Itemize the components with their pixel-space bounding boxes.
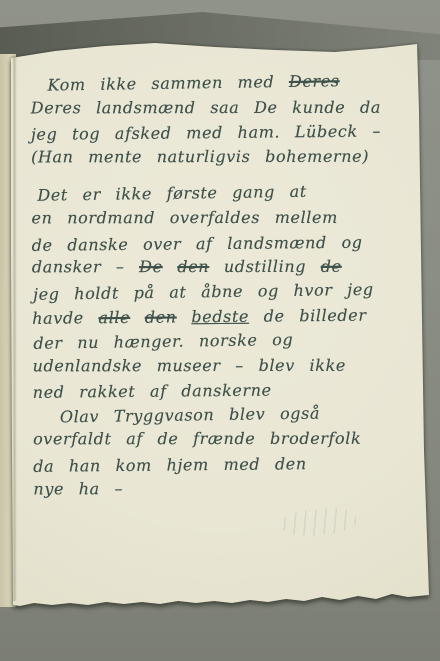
manuscript-line: dansker – De den udstilling de — [32, 255, 414, 280]
struck-word: Deres — [289, 71, 340, 91]
manuscript-photograph: Kom ikke sammen med DeresDeres landsmænd… — [0, 0, 440, 661]
struck-word: alle — [98, 308, 130, 327]
handwritten-text-segment: havde — [32, 309, 98, 329]
handwritten-text-segment: Det er ikke første gang at — [37, 182, 307, 205]
struck-word: de — [321, 257, 342, 276]
handwritten-text-segment — [163, 257, 178, 276]
handwritten-text-segment: jeg holdt på at åbne og hvor jeg — [33, 280, 374, 304]
handwritten-text-segment: udstilling — [209, 257, 321, 276]
handwritten-text-segment: Olav Tryggvason blev også — [60, 403, 320, 426]
handwritten-text-segment: Kom ikke sammen med — [47, 72, 289, 95]
handwritten-text-segment: (Han mente naturligvis bohemerne) — [31, 147, 369, 167]
manuscript-page: Kom ikke sammen med DeresDeres landsmænd… — [10, 31, 430, 607]
handwritten-text-segment: ned rakket af danskerne — [33, 381, 272, 402]
manuscript-line: jeg holdt på at åbne og hvor jeg — [33, 277, 415, 307]
ink-bleed-through — [281, 506, 357, 538]
struck-word: den — [177, 257, 209, 276]
paragraph: Det er ikke første gang aten nordmand ov… — [31, 180, 415, 404]
handwritten-text-segment: der nu hænger. norske og — [33, 330, 293, 353]
manuscript-line: Det er ikke første gang at — [32, 179, 414, 209]
handwritten-text-segment: nye ha – — [33, 479, 123, 498]
handwritten-text-block: Kom ikke sammen med DeresDeres landsmænd… — [31, 70, 416, 503]
handwritten-text-segment: udenlandske museer – blev ikke — [33, 355, 346, 375]
paper-wrap: Kom ikke sammen med DeresDeres landsmænd… — [10, 31, 430, 607]
handwritten-text-segment: jeg tog afsked med ham. Lübeck – — [31, 122, 381, 144]
fold-crease — [12, 51, 17, 601]
manuscript-line: Olav Tryggvason blev også — [34, 400, 416, 430]
handwritten-text-segment — [177, 308, 192, 327]
manuscript-line: (Han mente naturligvis bohemerne) — [31, 144, 413, 169]
manuscript-line: udenlandske museer – blev ikke — [33, 353, 415, 378]
underlined-word: bedste — [191, 307, 249, 327]
manuscript-line: jeg tog afsked med ham. Lübeck – — [31, 119, 413, 147]
manuscript-line: de danske over af landsmænd og — [32, 230, 414, 258]
handwritten-text-segment: de billeder — [249, 306, 367, 326]
handwritten-text-segment: da han kom hjem med den — [33, 454, 307, 476]
handwritten-text-segment: overfaldt af de frænde broderfolk — [33, 429, 361, 449]
manuscript-line: Deres landsmænd saa De kunde da — [31, 95, 413, 120]
handwritten-text-segment: de danske over af landsmænd og — [32, 232, 363, 254]
handwritten-text-segment: en nordmand overfaldes mellem — [32, 208, 338, 228]
manuscript-line: da han kom hjem med den — [33, 451, 415, 479]
handwritten-text-segment — [130, 308, 145, 327]
manuscript-line: overfaldt af de frænde broderfolk — [33, 427, 415, 452]
struck-word: den — [145, 308, 177, 327]
manuscript-line: der nu hænger. norske og — [33, 326, 415, 356]
handwritten-text-segment: Deres landsmænd saa De kunde da — [31, 97, 381, 117]
manuscript-line: en nordmand overfaldes mellem — [32, 206, 414, 231]
struck-word: De — [139, 257, 163, 276]
paragraph: Olav Tryggvason blev ogsåoverfaldt af de… — [33, 401, 416, 502]
manuscript-line: Kom ikke sammen med Deres — [31, 68, 413, 98]
manuscript-line: nye ha – — [33, 476, 415, 501]
handwritten-text-segment: dansker – — [32, 257, 139, 276]
paragraph: Kom ikke sammen med DeresDeres landsmænd… — [31, 70, 414, 171]
